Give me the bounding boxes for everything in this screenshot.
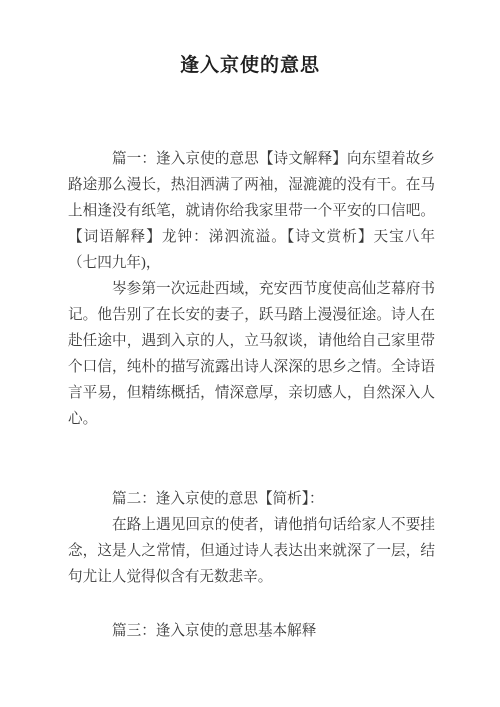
heading-pian3: 篇三：逢入京使的意思基本解释 — [68, 618, 435, 644]
document-page: 逢入京使的意思 篇一：逢入京使的意思【诗文解释】向东望着故乡路途那么漫长，热泪洒… — [0, 0, 500, 707]
paragraph-pian2-body: 在路上遇见回京的使者，请他捎句话给家人不要挂念，这是人之常情，但通过诗人表达出来… — [68, 512, 435, 590]
paragraph-pian1-appreciation: 岑参第一次远赴西域，充安西节度使高仙芝幕府书记。他告别了在长安的妻子，跃马踏上漫… — [68, 276, 435, 432]
heading-pian2: 篇二：逢入京使的意思【简析】： — [68, 486, 435, 512]
document-body: 篇一：逢入京使的意思【诗文解释】向东望着故乡路途那么漫长，热泪洒满了两袖，湿漉漉… — [68, 146, 435, 644]
page-title: 逢入京使的意思 — [0, 0, 500, 80]
paragraph-pian1-explanation: 篇一：逢入京使的意思【诗文解释】向东望着故乡路途那么漫长，热泪洒满了两袖，湿漉漉… — [68, 146, 435, 276]
